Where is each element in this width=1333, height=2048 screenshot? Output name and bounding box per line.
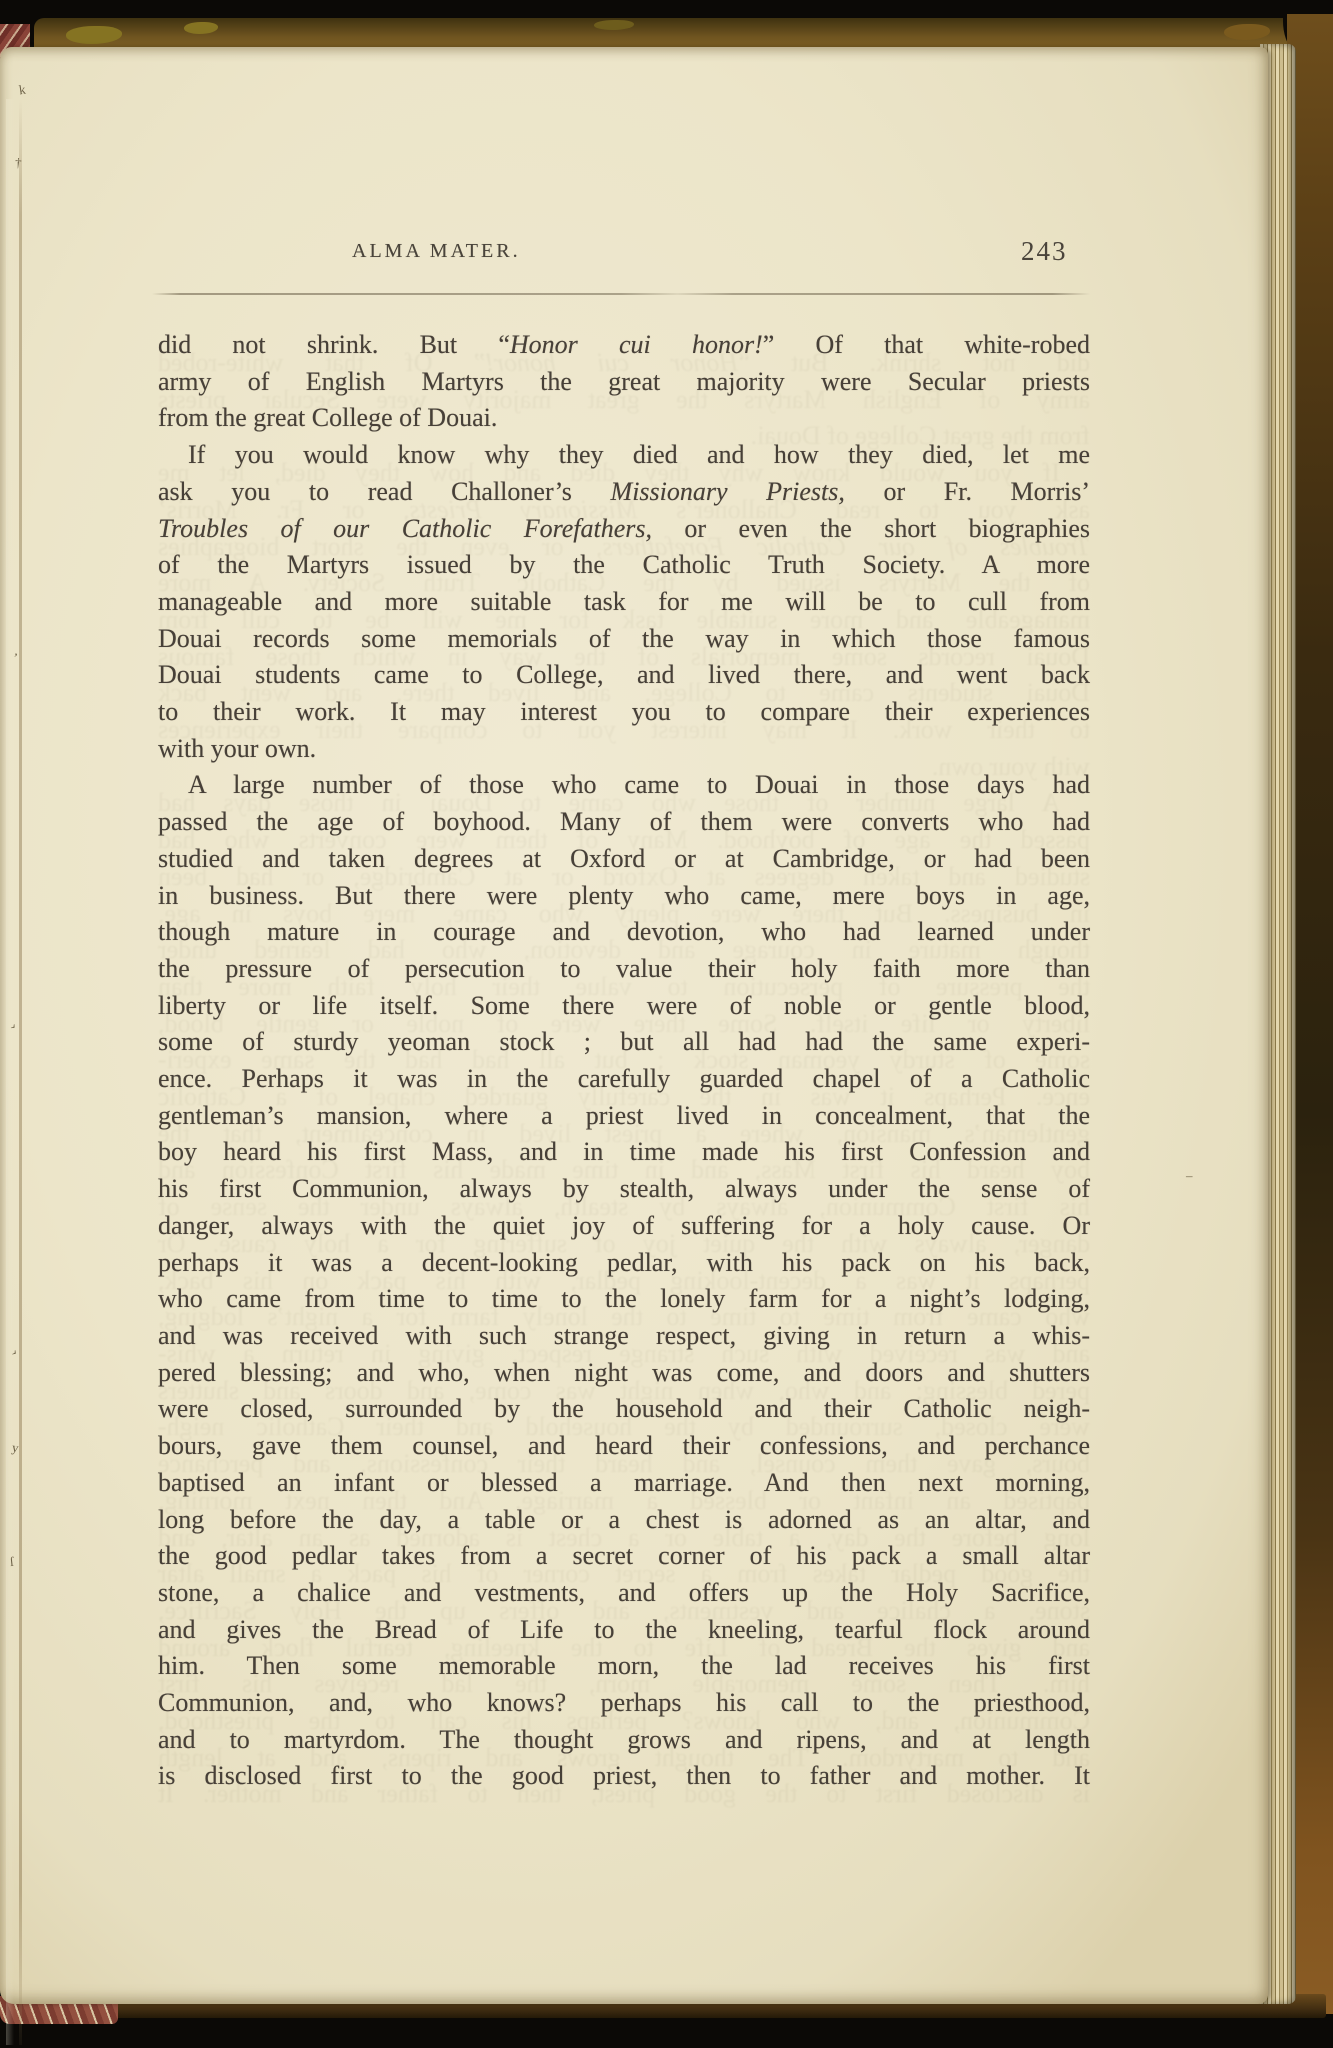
- plain-text: If you would know why they died and how …: [188, 440, 1090, 469]
- text-line: army of English Martyrs the great majori…: [158, 364, 1090, 401]
- italic-text: Troubles of our Catholic Forefathers,: [158, 514, 652, 543]
- plain-text: the pressure of persecution to value the…: [158, 954, 1090, 983]
- text-line: the good pedlar takes from a secret corn…: [158, 1538, 1090, 1575]
- text-line: passed the age of boyhood. Many of them …: [158, 804, 1090, 841]
- margin-ink-mark: k: [18, 82, 27, 99]
- text-line: ask you to read Challoner’s Missionary P…: [158, 474, 1090, 511]
- header-rule: [152, 293, 1090, 295]
- plain-text: ” Of that white-robed: [763, 330, 1090, 359]
- plain-text: stone, a chalice and vestments, and offe…: [158, 1578, 1090, 1607]
- text-line: to their work. It may interest you to co…: [158, 694, 1090, 731]
- plain-text: did not shrink. But “: [158, 330, 510, 359]
- text-line: boy heard his first Mass, and in time ma…: [158, 1134, 1090, 1171]
- book-photo: did not shrink. But “Honor cui honor!” O…: [0, 0, 1333, 2048]
- text-line: Douai records some memorials of the way …: [158, 621, 1090, 658]
- text-line: some of sturdy yeoman stock ; but all ha…: [158, 1024, 1090, 1061]
- plain-text: ence. Perhaps it was in the carefully gu…: [158, 1064, 1090, 1093]
- text-line: ence. Perhaps it was in the carefully gu…: [158, 1061, 1090, 1098]
- text-line: long before the day, a table or a chest …: [158, 1502, 1090, 1539]
- plain-text: pered blessing; and who, when night was …: [158, 1358, 1090, 1387]
- text-line: were closed, surrounded by the household…: [158, 1391, 1090, 1428]
- plain-text: is disclosed first to the good priest, t…: [158, 1761, 1090, 1790]
- plain-text: or even the short biographies: [652, 514, 1090, 543]
- text-line: bours, gave them counsel, and heard thei…: [158, 1428, 1090, 1465]
- text-line: and to martyrdom. The thought grows and …: [158, 1722, 1090, 1759]
- plain-text: studied and taken degrees at Oxford or a…: [158, 844, 1090, 873]
- text-line: who came from time to time to the lonely…: [158, 1281, 1090, 1318]
- plain-text: perhaps it was a decent-looking pedlar, …: [158, 1248, 1090, 1277]
- text-line: is disclosed first to the good priest, t…: [158, 1758, 1090, 1795]
- text-line: A large number of those who came to Doua…: [158, 767, 1090, 804]
- text-line: Douai students came to College, and live…: [158, 657, 1090, 694]
- leather-wear-lump: [66, 26, 122, 44]
- plain-text: long before the day, a table or a chest …: [158, 1505, 1090, 1534]
- plain-text: of the Martyrs issued by the Catholic Tr…: [158, 550, 1090, 579]
- text-line: Troubles of our Catholic Forefathers, or…: [158, 511, 1090, 548]
- text-line: If you would know why they died and how …: [158, 437, 1090, 474]
- text-line: Communion, and, who knows? perhaps his c…: [158, 1685, 1090, 1722]
- text-line: studied and taken degrees at Oxford or a…: [158, 841, 1090, 878]
- plain-text: some of sturdy yeoman stock ; but all ha…: [158, 1027, 1090, 1056]
- gutter-crease: [19, 99, 22, 2045]
- plain-text: from the great College of Douai.: [158, 403, 497, 432]
- leather-wear-lump: [184, 22, 218, 34]
- plain-text: danger, always with the quiet joy of suf…: [158, 1211, 1090, 1240]
- text-line: him. Then some memorable morn, the lad r…: [158, 1648, 1090, 1685]
- plain-text: though mature in courage and devotion, w…: [158, 917, 1090, 946]
- plain-text: were closed, surrounded by the household…: [158, 1394, 1090, 1423]
- plain-text: to their work. It may interest you to co…: [158, 697, 1090, 726]
- plain-text: and was received with such strange respe…: [158, 1321, 1090, 1350]
- text-line: gentleman’s mansion, where a priest live…: [158, 1098, 1090, 1135]
- plain-text: with your own.: [158, 734, 316, 763]
- italic-text: Honor cui honor!: [510, 330, 763, 359]
- text-line: of the Martyrs issued by the Catholic Tr…: [158, 547, 1090, 584]
- text-line: stone, a chalice and vestments, and offe…: [158, 1575, 1090, 1612]
- text-line: baptised an infant or blessed a marriage…: [158, 1465, 1090, 1502]
- plain-text: gentleman’s mansion, where a priest live…: [158, 1101, 1090, 1130]
- text-line: danger, always with the quiet joy of suf…: [158, 1208, 1090, 1245]
- plain-text: liberty or life itself. Some there were …: [158, 991, 1090, 1020]
- text-line: and was received with such strange respe…: [158, 1318, 1090, 1355]
- margin-ink-mark: –: [1186, 1168, 1193, 1184]
- plain-text: and to martyrdom. The thought grows and …: [158, 1725, 1090, 1754]
- plain-text: the good pedlar takes from a secret corn…: [158, 1541, 1090, 1570]
- text-line: did not shrink. But “Honor cui honor!” O…: [158, 327, 1090, 364]
- text-line: in business. But there were plenty who c…: [158, 878, 1090, 915]
- text-line: with your own.: [158, 731, 1090, 768]
- plain-text: him. Then some memorable morn, the lad r…: [158, 1651, 1090, 1680]
- plain-text: Douai students came to College, and live…: [158, 660, 1090, 689]
- page-number: 243: [1021, 236, 1068, 267]
- text-line: the pressure of persecution to value the…: [158, 951, 1090, 988]
- plain-text: boy heard his first Mass, and in time ma…: [158, 1137, 1090, 1166]
- leather-wear-lump: [1224, 24, 1270, 40]
- leather-wear-lump: [594, 20, 634, 30]
- text-line: though mature in courage and devotion, w…: [158, 914, 1090, 951]
- plain-text: who came from time to time to the lonely…: [158, 1284, 1090, 1313]
- plain-text: in business. But there were plenty who c…: [158, 881, 1090, 910]
- plain-text: his first Communion, always by stealth, …: [158, 1174, 1090, 1203]
- text-line: pered blessing; and who, when night was …: [158, 1355, 1090, 1392]
- body-text: did not shrink. But “Honor cui honor!” O…: [158, 327, 1090, 1795]
- plain-text: Communion, and, who knows? perhaps his c…: [158, 1688, 1090, 1717]
- plain-text: or Fr. Morris’: [845, 477, 1090, 506]
- plain-text: ask you to read Challoner’s: [158, 477, 611, 506]
- italic-text: Missionary Priests,: [611, 477, 845, 506]
- plain-text: baptised an infant or blessed a marriage…: [158, 1468, 1090, 1497]
- plain-text: army of English Martyrs the great majori…: [158, 367, 1090, 396]
- text-line: and gives the Bread of Life to the kneel…: [158, 1612, 1090, 1649]
- plain-text: passed the age of boyhood. Many of them …: [158, 807, 1090, 836]
- text-line: liberty or life itself. Some there were …: [158, 988, 1090, 1025]
- plain-text: and gives the Bread of Life to the kneel…: [158, 1615, 1090, 1644]
- plain-text: Douai records some memorials of the way …: [158, 624, 1090, 653]
- text-line: manageable and more suitable task for me…: [158, 584, 1090, 621]
- running-head-title: ALMA MATER.: [352, 240, 521, 263]
- text-line: from the great College of Douai.: [158, 400, 1090, 437]
- plain-text: A large number of those who came to Doua…: [188, 770, 1090, 799]
- text-line: his first Communion, always by stealth, …: [158, 1171, 1090, 1208]
- plain-text: manageable and more suitable task for me…: [158, 587, 1090, 616]
- gutter-highlight: [6, 99, 14, 2045]
- margin-ink-mark: †: [14, 155, 22, 171]
- text-line: perhaps it was a decent-looking pedlar, …: [158, 1245, 1090, 1282]
- plain-text: bours, gave them counsel, and heard thei…: [158, 1431, 1090, 1460]
